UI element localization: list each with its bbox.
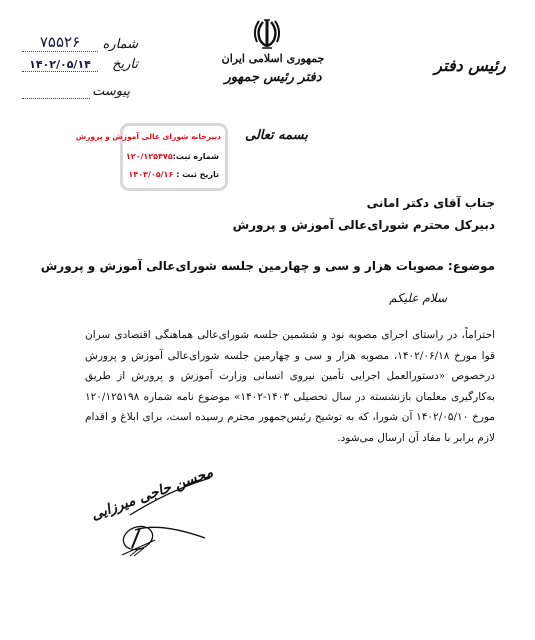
stamp-reg-date-label: تاریخ ثبت : [173,170,219,179]
stamp-secretariat-title: دبیرخانه شورای عالی آموزش و پرورش [123,132,221,141]
attachment-label: پیوست [90,84,130,99]
letter-date-value: ۱۴۰۲/۰۵/۱۴ [22,58,98,72]
government-title: جمهوری اسلامی ایران [218,52,328,65]
stamp-reg-number-value: ۱۲۰/۱۲۵۴۷۵ [126,152,173,161]
iran-emblem-icon [252,18,282,50]
stamp-reg-number: شماره ثبت:۱۲۰/۱۲۵۴۷۵ [126,152,219,161]
recipient-position: دبیرکل محترم شورای‌عالی آموزش و پرورش [233,218,495,232]
stamp-reg-date: تاریخ ثبت : ۱۴۰۳/۰۵/۱۶ [128,170,219,179]
besmeh-heading: بسمه تعالی [245,128,308,143]
recipient-name: جناب آقای دکتر امانی [367,196,495,210]
registration-stamp: دبیرخانه شورای عالی آموزش و پرورش شماره … [120,123,228,191]
signature-block: محسن حاجی میرزایی [60,460,220,580]
stamp-reg-number-label: شماره ثبت: [173,152,219,161]
signature-scribble-icon [60,460,220,580]
attachment-value [22,80,90,99]
letter-body: احتراماً، در راستای اجرای مصوبه نود و شش… [85,325,495,448]
letter-number-label: شماره [98,37,138,52]
letter-number-row: شماره ۷۵۵۲۶ [22,33,138,52]
letter-date-label: تاریخ [98,57,138,72]
presidential-office-title: دفتر رئیس جمهور [218,70,328,85]
letter-number-value: ۷۵۵۲۶ [22,33,98,52]
letter-date-row: تاریخ ۱۴۰۲/۰۵/۱۴ [22,57,138,72]
office-head-title: رئیس دفتر [430,56,510,75]
attachment-row: پیوست [22,80,130,99]
letter-subject: موضوع: مصوبات هزار و سی و چهارمین جلسه ش… [41,259,495,273]
greeting: سلام علیکم [389,291,447,305]
stamp-reg-date-value: ۱۴۰۳/۰۵/۱۶ [128,170,173,179]
